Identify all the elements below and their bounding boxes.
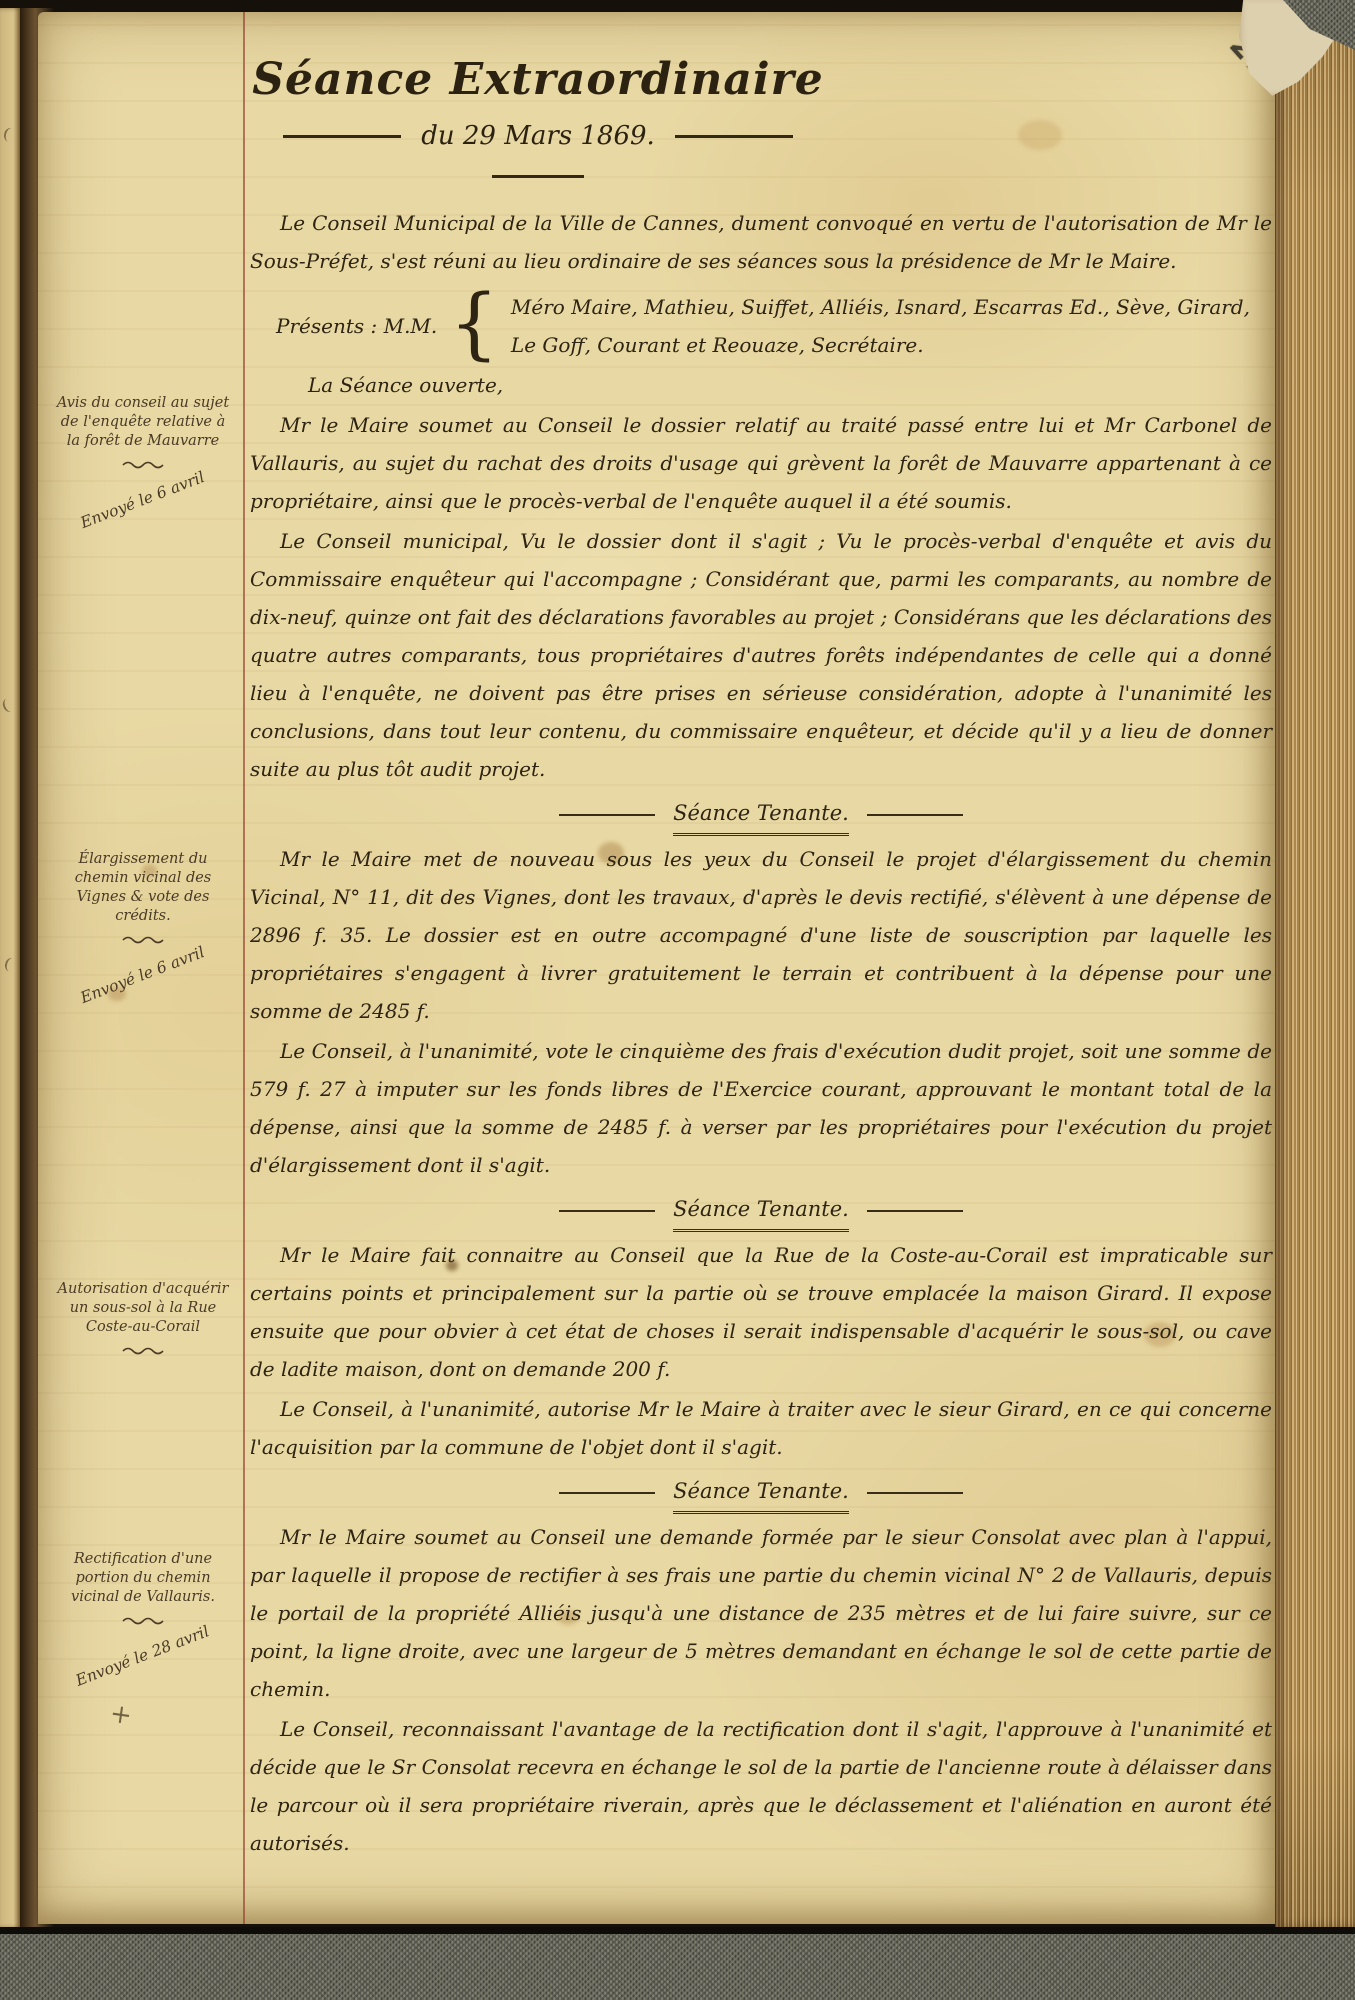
brace-glyph: { (449, 291, 499, 357)
margin-note-elargissement: Élargissement du chemin vicinal des Vign… (52, 850, 234, 986)
rule-dash (867, 1210, 963, 1212)
prev-page-ink-fragment (2, 127, 17, 143)
seance-ouverte-line: La Séance ouverte, (308, 366, 1272, 404)
ornament-rule (492, 175, 584, 178)
attendees-line-1: Méro Maire, Mathieu, Suiffet, Alliéis, I… (511, 295, 1250, 319)
divider-seance-tenante: Séance Tenante. (250, 1190, 1272, 1232)
vallauris-paragraph-1: Mr le Maire soumet au Conseil une demand… (250, 1518, 1272, 1708)
margin-note-sent-date: Envoyé le 6 avril (78, 468, 208, 533)
attendees-line-2: Le Goff, Courant et Reouaze, Secrétaire. (511, 333, 924, 357)
previous-page-edge (0, 8, 22, 1928)
rule-dash (559, 814, 655, 816)
margin-note-coste-au-corail: Autorisation d'acquérir un sous-sol à la… (52, 1280, 234, 1355)
book-fore-edge (1275, 8, 1355, 1930)
session-title: Séance Extraordinaire (188, 54, 888, 105)
stain-mark (1018, 120, 1062, 150)
attendees-names: Méro Maire, Mathieu, Suiffet, Alliéis, I… (511, 288, 1250, 364)
vignes-paragraph-1: Mr le Maire met de nouveau sous les yeux… (250, 840, 1272, 1030)
margin-note-label: Autorisation d'acquérir un sous-sol à la… (58, 1281, 229, 1335)
squiggle-mark (122, 934, 164, 944)
rule-dash (867, 1492, 963, 1494)
margin-note-sent-date: Envoyé le 6 avril (78, 943, 208, 1008)
rule-dash (283, 135, 401, 138)
mauvarre-paragraph-2: Le Conseil municipal, Vu le dossier dont… (250, 522, 1272, 788)
margin-note-label: Avis du conseil au sujet de l'enquête re… (57, 395, 229, 449)
session-date-row: du 29 Mars 1869. (188, 121, 888, 151)
squiggle-mark (122, 459, 164, 469)
cover-fabric-bottom (0, 1927, 1355, 2000)
vallauris-paragraph-2: Le Conseil, reconnaissant l'avantage de … (250, 1710, 1272, 1862)
attendees-block: Présents : M.M. { Méro Maire, Mathieu, S… (276, 288, 1272, 364)
prev-page-ink-fragment (1, 696, 17, 713)
minutes-text-column: Le Conseil Municipal de la Ville de Cann… (250, 204, 1272, 1862)
red-margin-rule (243, 12, 245, 1924)
margin-note-mauvarre: Avis du conseil au sujet de l'enquête re… (52, 394, 234, 511)
corail-paragraph-2: Le Conseil, à l'unanimité, autorise Mr l… (250, 1390, 1272, 1466)
page-sheet: 229 Séance Extraordinaire du 29 Mars 186… (38, 12, 1276, 1924)
rule-dash (559, 1492, 655, 1494)
divider-label: Séance Tenante. (673, 794, 849, 836)
margin-note-vallauris: Rectification d'une portion du chemin vi… (52, 1550, 234, 1667)
squiggle-mark (122, 1615, 164, 1625)
rule-dash (559, 1210, 655, 1212)
rule-dash (675, 135, 793, 138)
divider-label: Séance Tenante. (673, 1190, 849, 1232)
session-date: du 29 Mars 1869. (421, 121, 655, 151)
presents-label: Présents : M.M. (276, 307, 437, 345)
squiggle-mark (122, 1345, 164, 1355)
divider-seance-tenante: Séance Tenante. (250, 794, 1272, 836)
pencil-cross-mark: + (108, 1699, 134, 1732)
margin-note-label: Rectification d'une portion du chemin vi… (71, 1551, 215, 1605)
divider-label: Séance Tenante. (673, 1472, 849, 1514)
vignes-paragraph-2: Le Conseil, à l'unanimité, vote le cinqu… (250, 1032, 1272, 1184)
corail-paragraph-1: Mr le Maire fait connaitre au Conseil qu… (250, 1236, 1272, 1388)
intro-paragraph: Le Conseil Municipal de la Ville de Cann… (250, 204, 1272, 280)
mauvarre-paragraph-1: Mr le Maire soumet au Conseil le dossier… (250, 406, 1272, 520)
register-scan: 229 Séance Extraordinaire du 29 Mars 186… (0, 0, 1355, 2000)
rule-dash (867, 814, 963, 816)
divider-seance-tenante: Séance Tenante. (250, 1472, 1272, 1514)
prev-page-ink-fragment (3, 957, 18, 973)
session-header: Séance Extraordinaire du 29 Mars 1869. (188, 54, 888, 178)
margin-note-label: Élargissement du chemin vicinal des Vign… (75, 851, 212, 924)
margin-note-sent-date: Envoyé le 28 avril (74, 1622, 213, 1690)
